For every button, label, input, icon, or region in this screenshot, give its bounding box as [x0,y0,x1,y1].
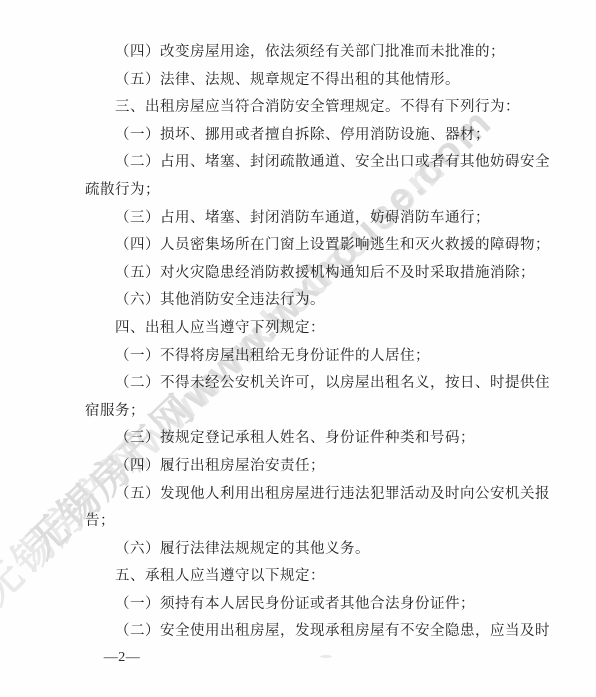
text-line: （六）履行法律法规规定的其他义务。 [85,536,545,564]
text-line: （五）对火灾隐患经消防救援机构通知后不及时采取措施消除； [85,260,545,288]
text-line: （一）不得将房屋出租给无身份证件的人居住； [85,343,545,371]
text-line: （二）安全使用出租房屋，发现承租房屋有不安全隐患，应当及时 [85,618,545,646]
document-body: （四）改变房屋用途，依法须经有关部门批准而未批准的；（五）法律、法规、规章规定不… [85,39,545,646]
text-line: （一）须持有本人居民身份证或者其他合法身份证件； [85,591,545,619]
text-line: 告； [85,508,545,536]
text-line: （二）不得未经公安机关许可，以房屋出租名义，按日、时提供住 [85,370,545,398]
text-line: （五）法律、法规、规章规定不得出租的其他情形。 [85,67,545,95]
text-line: 疏散行为； [85,177,545,205]
text-line: （三）占用、堵塞、封闭消防车通道，妨碍消防车通行； [85,205,545,233]
text-line: 三、出租房屋应当符合消防安全管理规定。不得有下列行为： [85,94,545,122]
text-line: （四）改变房屋用途，依法须经有关部门批准而未批准的； [85,39,545,67]
page-number: —2— [85,650,159,666]
text-line: 宿服务； [85,398,545,426]
document-page: 无锡房产网www.wxhouse.com 无锡房产网www.wxhouse.co… [0,0,596,697]
text-line: （四）人员密集场所在门窗上设置影响逃生和灭火救援的障碍物； [85,232,545,260]
text-line: （六）其他消防安全违法行为。 [85,287,545,315]
scan-smudge [320,655,332,658]
text-line: （一）损坏、挪用或者擅自拆除、停用消防设施、器材； [85,122,545,150]
text-line: （四）履行出租房屋治安责任； [85,453,545,481]
text-line: （五）发现他人利用出租房屋进行违法犯罪活动及时向公安机关报 [85,481,545,509]
text-line: （三）按规定登记承租人姓名、身份证件种类和号码； [85,425,545,453]
text-line: 四、出租人应当遵守下列规定： [85,315,545,343]
text-line: 五、承租人应当遵守以下规定： [85,563,545,591]
text-line: （二）占用、堵塞、封闭疏散通道、安全出口或者有其他妨碍安全 [85,149,545,177]
